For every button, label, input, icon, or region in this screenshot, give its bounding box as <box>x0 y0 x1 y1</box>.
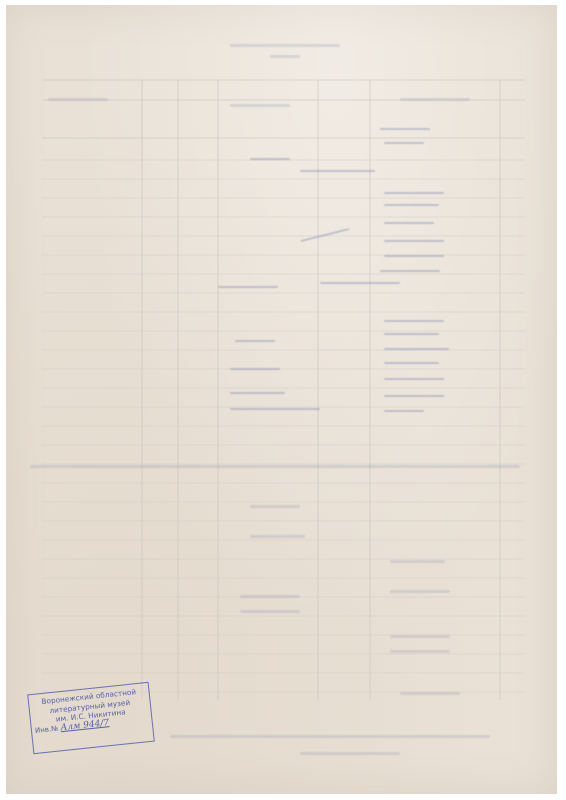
register-grid <box>0 0 566 800</box>
museum-stamp: Воронежский областной литературный музей… <box>27 682 155 754</box>
stamp-inv-label: Инв.№ <box>35 724 59 734</box>
